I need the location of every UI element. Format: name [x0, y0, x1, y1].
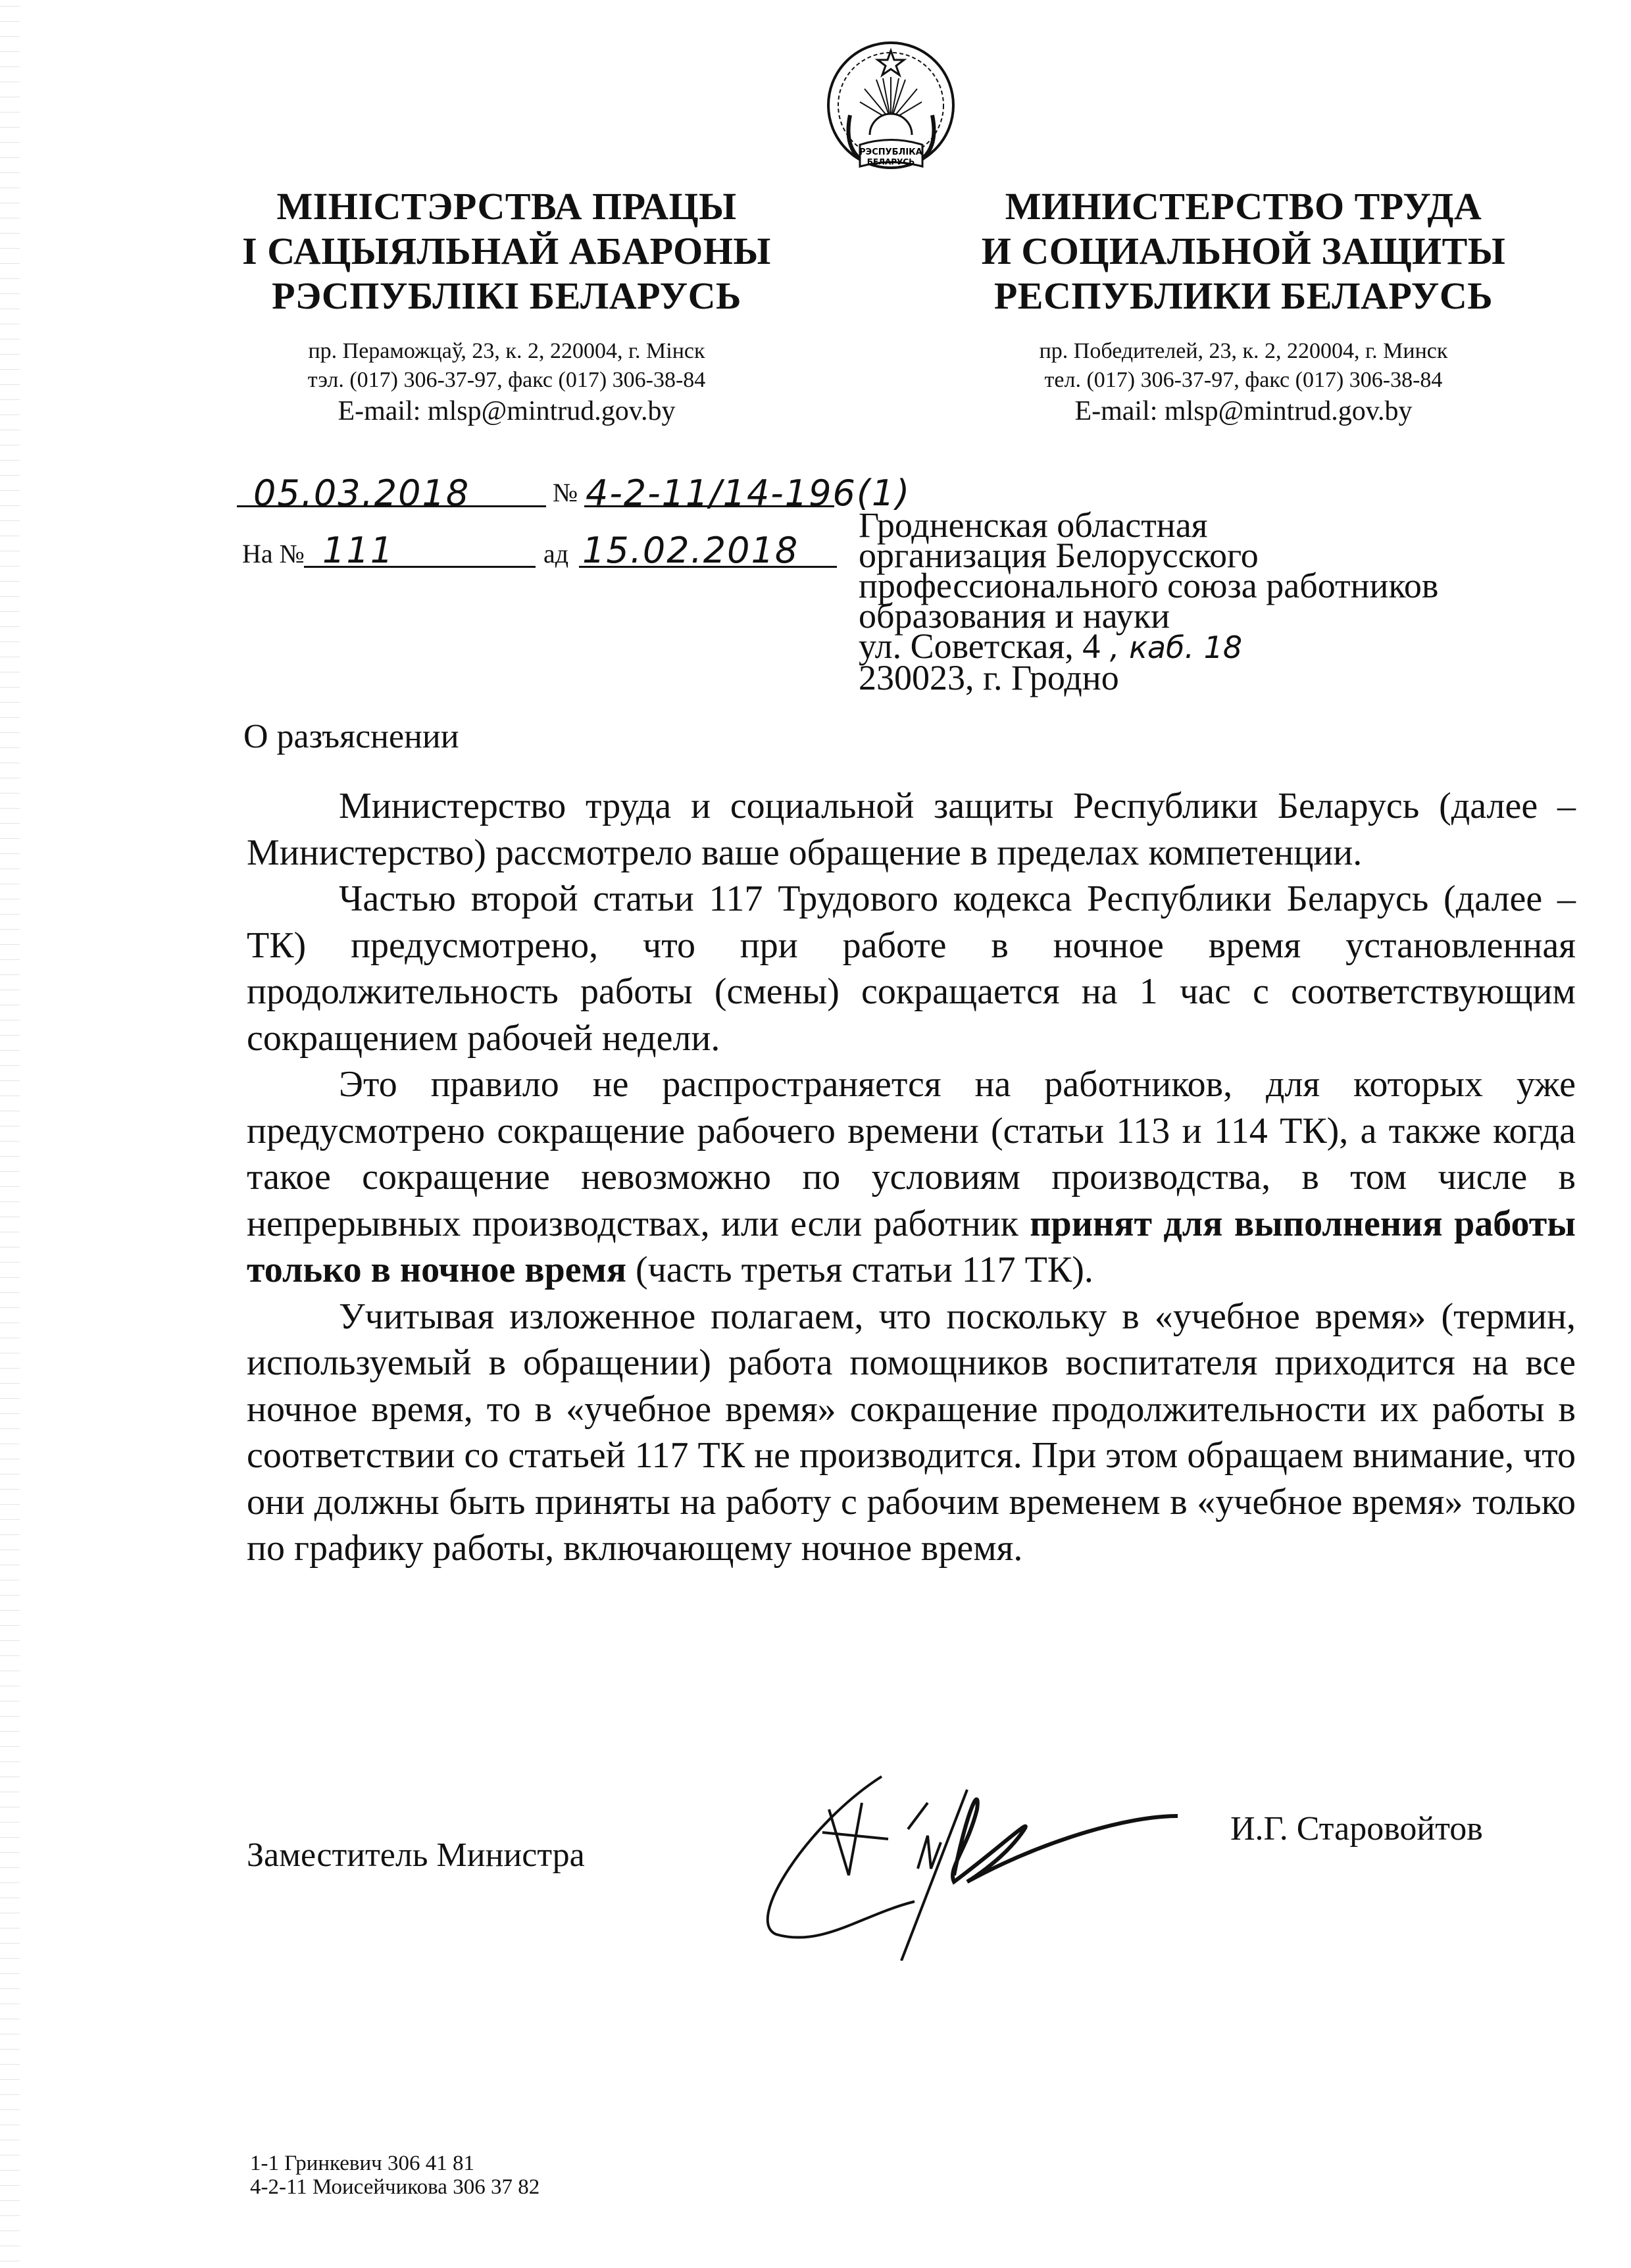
recipient-address: Гродненская областная организация Белору… — [859, 510, 1549, 693]
paragraph: Министерство труда и социальной защиты Р… — [247, 783, 1576, 876]
paragraph: Частью второй статьи 117 Трудового кодек… — [247, 876, 1576, 1061]
reply-to-number: 111 — [322, 530, 394, 571]
outgoing-date: 05.03.2018 — [253, 472, 470, 514]
underline — [304, 566, 536, 568]
underline — [584, 505, 834, 507]
signatory-position: Заместитель Министра — [247, 1836, 585, 1875]
letter-body: Министерство труда и социальной защиты Р… — [247, 783, 1576, 1572]
registration-block: 05.03.2018 № 4-2-11/14-196(1) На № 111 а… — [0, 0, 1631, 592]
handwritten-office: , каб. 18 — [1100, 630, 1242, 665]
executor-line: 4-2-11 Моисейчикова 306 37 82 — [250, 2175, 539, 2199]
handwritten-signature-icon — [730, 1770, 1257, 1961]
paragraph: Учитывая изложенное полагаем, что поскол… — [247, 1294, 1576, 1572]
underline — [237, 505, 546, 507]
signatory-name: И.Г. Старовойтов — [1230, 1809, 1483, 1848]
underline — [579, 566, 837, 568]
reply-to-date: 15.02.2018 — [582, 530, 799, 571]
from-label: ад — [543, 538, 568, 569]
executor-line: 1-1 Гринкевич 306 41 81 — [250, 2152, 539, 2175]
executor-contacts: 1-1 Гринкевич 306 41 81 4-2-11 Моисейчик… — [250, 2152, 539, 2199]
number-label: № — [553, 477, 578, 508]
reply-to-label: На № — [242, 538, 305, 569]
text: (часть третья статьи 117 ТК). — [626, 1249, 1093, 1290]
subject-line: О разъяснении — [243, 717, 459, 756]
paragraph: Это правило не распространяется на работ… — [247, 1061, 1576, 1294]
recipient-city: 230023, г. Гродно — [859, 663, 1549, 693]
